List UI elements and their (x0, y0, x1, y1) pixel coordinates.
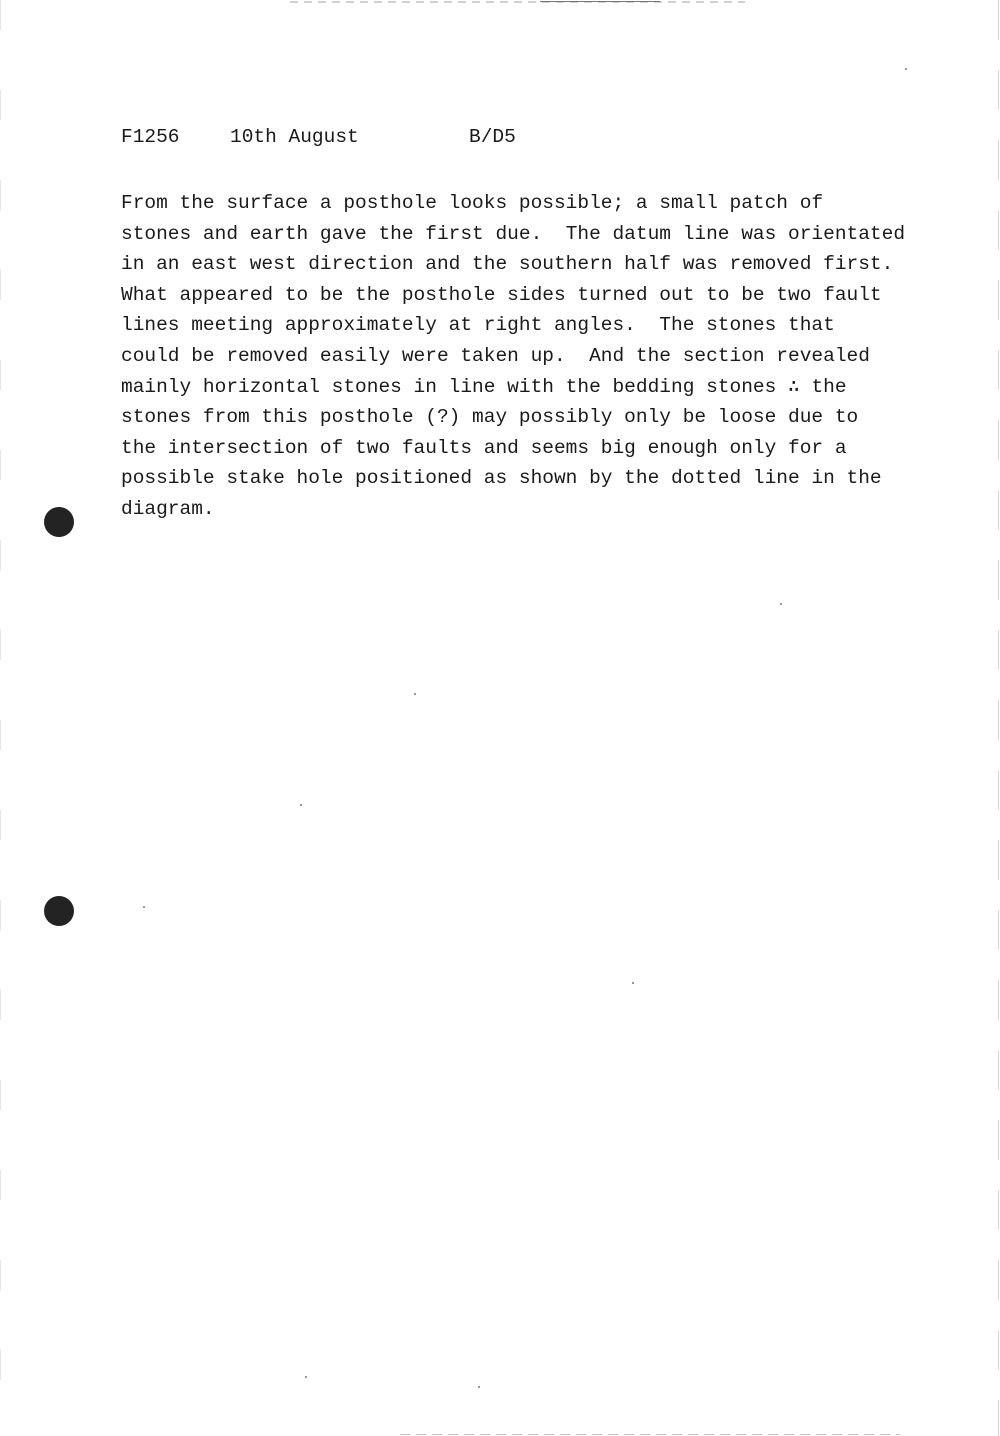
body-paragraph: From the surface a posthole looks possib… (121, 188, 981, 525)
scan-speck (780, 603, 782, 605)
page-edge-right (998, 0, 999, 1436)
body-line: lines meeting approximately at right ang… (121, 310, 981, 341)
punch-hole-icon (44, 896, 74, 926)
body-line: possible stake hole positioned as shown … (121, 463, 981, 494)
scan-speck (905, 68, 907, 70)
scan-speck (300, 804, 302, 806)
scan-artifact-top (290, 1, 745, 3)
body-line: stones and earth gave the first due. The… (121, 219, 981, 250)
body-line: mainly horizontal stones in line with th… (121, 372, 981, 403)
scan-artifact-bottom (400, 1434, 900, 1435)
body-line: in an east west direction and the southe… (121, 249, 981, 280)
scan-speck (143, 906, 145, 908)
body-line: could be removed easily were taken up. A… (121, 341, 981, 372)
grid-reference: B/D5 (469, 126, 516, 148)
record-date: 10th August (230, 126, 359, 148)
page-edge-left (0, 0, 1, 1436)
document-page: F1256 10th August B/D5 From the surface … (0, 0, 1000, 1436)
scan-speck (414, 693, 416, 695)
body-line: the intersection of two faults and seems… (121, 433, 981, 464)
scan-artifact-top-line (540, 1, 660, 2)
scan-speck (632, 982, 634, 984)
scan-speck (478, 1386, 480, 1388)
body-line: What appeared to be the posthole sides t… (121, 280, 981, 311)
body-line: diagram. (121, 494, 981, 525)
body-line: stones from this posthole (?) may possib… (121, 402, 981, 433)
feature-id: F1256 (121, 126, 180, 148)
scan-speck (305, 1376, 307, 1378)
punch-hole-icon (44, 507, 74, 537)
body-line: From the surface a posthole looks possib… (121, 188, 981, 219)
